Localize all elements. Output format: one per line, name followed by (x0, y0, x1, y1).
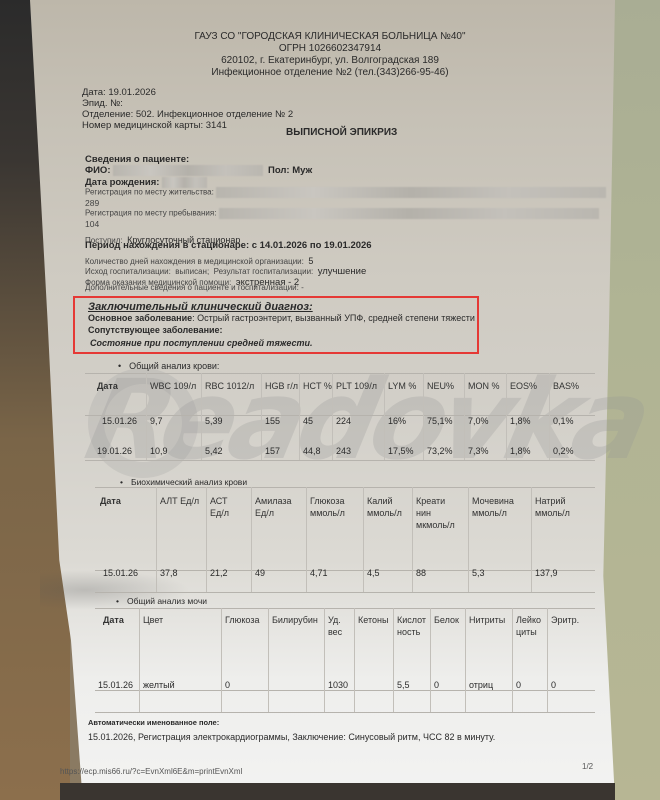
reg-stay-label: Регистрация по месту пребывания: (85, 209, 216, 218)
table-value-cell: 0 (551, 679, 556, 691)
table-grid-line (95, 712, 595, 713)
table-header-cell: Дата (103, 614, 124, 626)
extra-info: Дополнительные сведения о пациенте и гос… (85, 283, 304, 292)
table-grid-line (412, 487, 413, 592)
result-value: улучшение (318, 266, 367, 277)
table-grid-line (531, 487, 532, 592)
document-date: Дата: 19.01.2026 (82, 87, 156, 98)
table-grid-line (95, 592, 595, 593)
table-header-cell: Цвет (143, 614, 163, 626)
table-value-cell: 49 (255, 567, 265, 579)
table-grid-line (268, 608, 269, 712)
table-value-cell: 155 (265, 415, 280, 427)
admission-state: Состояние при поступлении средней тяжест… (90, 338, 313, 348)
table-value-cell: 73,2% (427, 445, 453, 457)
table-value-cell: 88 (416, 567, 426, 579)
table-grid-line (393, 608, 394, 712)
table-header-cell: LYM % (388, 380, 416, 392)
stay-period: Период нахождения в стационаре: с 14.01.… (85, 240, 372, 251)
table-header-cell: Глюкоза (225, 614, 259, 626)
table-grid-line (156, 487, 157, 592)
table-value-cell: 4,71 (310, 567, 328, 579)
ecg-conclusion: 15.01.2026, Регистрация электрокардиогра… (88, 732, 495, 742)
table-value-cell: 1030 (328, 679, 348, 691)
patient-section-title: Сведения о пациенте: (85, 154, 189, 165)
table-grid-line (206, 487, 207, 592)
table-grid-line (549, 373, 550, 460)
table-value-cell: 0 (225, 679, 230, 691)
document-title: ВЫПИСНОЙ ЭПИКРИЗ (286, 127, 397, 138)
table-header-cell: Белок (434, 614, 459, 626)
table-value-cell: 44,8 (303, 445, 321, 457)
diagnosis-title: Заключительный клинический диагноз: (88, 301, 313, 313)
reg-residence: Регистрация по месту жительства: (85, 187, 606, 198)
table-header-cell: Кетоны (358, 614, 388, 626)
table-value-cell: 5,42 (205, 445, 223, 457)
auto-field-label: Автоматически именованное поле: (88, 718, 219, 727)
table-grid-line (547, 608, 548, 712)
table-value-cell: 157 (265, 445, 280, 457)
table-grid-line (430, 608, 431, 712)
table-grid-line (95, 608, 595, 609)
table-grid-line (306, 487, 307, 592)
department: Отделение: 502. Инфекционное отделение №… (82, 109, 293, 120)
table-value-cell: 5,39 (205, 415, 223, 427)
table-value-cell: 16% (388, 415, 406, 427)
print-url[interactable]: https://ecp.mis66.ru/?c=EvnXml6E&m=print… (60, 767, 242, 776)
table-date-cell: 15.01.26 (103, 567, 138, 579)
patient-sex: Пол: Муж (268, 165, 312, 176)
table-grid-line (324, 608, 325, 712)
table-value-cell: 37,8 (160, 567, 178, 579)
table-date-cell: 15.01.26 (98, 679, 133, 691)
table-value-cell: 5,5 (397, 679, 410, 691)
table-header-cell: Мочевинаммоль/л (472, 495, 514, 519)
table-grid-line (354, 608, 355, 712)
table-value-cell: отриц (469, 679, 493, 691)
page-number: 1/2 (582, 762, 593, 771)
table-header-cell: Нитриты (469, 614, 505, 626)
table-value-cell: 224 (336, 415, 351, 427)
table-value-cell: 9,7 (150, 415, 163, 427)
table-grid-line (139, 608, 140, 712)
table-header-cell: Билирубин (272, 614, 318, 626)
table-header-cell: EOS% (510, 380, 537, 392)
table-grid-line (201, 373, 202, 460)
table-header-cell: RBC 1012/л (205, 380, 254, 392)
table-value-cell: 243 (336, 445, 351, 457)
table-header-cell: Креатининмкмоль/л (416, 495, 455, 531)
table-grid-line (146, 373, 147, 460)
table-value-cell: 7,3% (468, 445, 489, 457)
concomitant-disease: Сопутствующее заболевание: (88, 325, 223, 335)
reg-stay-tail: 104 (85, 219, 99, 229)
table-value-cell: 0 (516, 679, 521, 691)
table-header-cell: Кислотность (397, 614, 426, 638)
table-grid-line (465, 608, 466, 712)
table-value-cell: 0,2% (553, 445, 574, 457)
table-grid-line (261, 373, 262, 460)
redacted-residence (216, 187, 606, 198)
table-grid-line (506, 373, 507, 460)
table-value-cell: 17,5% (388, 445, 414, 457)
table-grid-line (299, 373, 300, 460)
table-header-cell: Эритр. (551, 614, 579, 626)
table-header-cell: АЛТ Ед/л (160, 495, 199, 507)
table-value-cell: 1,8% (510, 445, 531, 457)
table-grid-line (95, 487, 595, 488)
table-value-cell: 45 (303, 415, 313, 427)
reg-stay: Регистрация по месту пребывания: (85, 208, 599, 219)
department-phone: Инфекционное отделение №2 (тел.(343)266-… (150, 66, 510, 79)
table-header-cell: MON % (468, 380, 500, 392)
cbc-title: Общий анализ крови: (118, 361, 219, 371)
card-number: Номер медицинской карты: 3141 (82, 120, 227, 131)
table-value-cell: 1,8% (510, 415, 531, 427)
table-header-cell: WBC 109/л (150, 380, 196, 392)
main-disease-value: : Острый гастроэнтерит, вызванный УПФ, с… (192, 313, 475, 323)
table-header-cell: HGB г/л (265, 380, 298, 392)
table-grid-line (384, 373, 385, 460)
table-header-cell: Калийммоль/л (367, 495, 402, 519)
table-grid-line (332, 373, 333, 460)
table-header-cell: Дата (97, 380, 118, 392)
table-header-cell: Дата (100, 495, 121, 507)
table-value-cell: 10,9 (150, 445, 168, 457)
background-bottom (60, 783, 615, 800)
urine-title: Общий анализ мочи (116, 596, 207, 606)
table-value-cell: желтый (143, 679, 175, 691)
table-header-cell: АСТЕд/л (210, 495, 229, 519)
table-value-cell: 0,1% (553, 415, 574, 427)
table-value-cell: 21,2 (210, 567, 228, 579)
table-value-cell: 137,9 (535, 567, 558, 579)
table-date-cell: 19.01.26 (97, 445, 132, 457)
table-grid-line (468, 487, 469, 592)
patient-fio: ФИО: (85, 165, 263, 176)
table-grid-line (251, 487, 252, 592)
table-grid-line (85, 460, 595, 461)
table-header-cell: АмилазаЕд/л (255, 495, 292, 519)
table-value-cell: 7,0% (468, 415, 489, 427)
table-header-cell: Натрийммоль/л (535, 495, 570, 519)
table-value-cell: 0 (434, 679, 439, 691)
table-header-cell: Глюкозаммоль/л (310, 495, 345, 519)
table-grid-line (221, 608, 222, 712)
table-value-cell: 4,5 (367, 567, 380, 579)
table-grid-line (363, 487, 364, 592)
table-value-cell: 5,3 (472, 567, 485, 579)
table-value-cell: 75,1% (427, 415, 453, 427)
redacted-name (113, 165, 263, 176)
fio-label: ФИО: (85, 165, 111, 176)
main-disease: Основное заболевание: Острый гастроэнтер… (88, 313, 475, 323)
table-grid-line (423, 373, 424, 460)
table-header-cell: Уд.вес (328, 614, 342, 638)
table-header-cell: PLT 109/л (336, 380, 377, 392)
biochem-title: Биохимический анализ крови (120, 477, 247, 487)
table-grid-line (85, 373, 595, 374)
table-header-cell: Лейкоциты (516, 614, 541, 638)
reg-residence-label: Регистрация по месту жительства: (85, 188, 214, 197)
reg-residence-tail: 289 (85, 198, 99, 208)
episode-number: Эпид. №: (82, 98, 123, 109)
table-header-cell: NEU% (427, 380, 454, 392)
redacted-stay (219, 208, 599, 219)
table-header-cell: BAS% (553, 380, 579, 392)
main-disease-label: Основное заболевание (88, 313, 192, 323)
table-grid-line (464, 373, 465, 460)
table-date-cell: 15.01.26 (102, 415, 137, 427)
table-grid-line (512, 608, 513, 712)
table-header-cell: HCT % (303, 380, 332, 392)
